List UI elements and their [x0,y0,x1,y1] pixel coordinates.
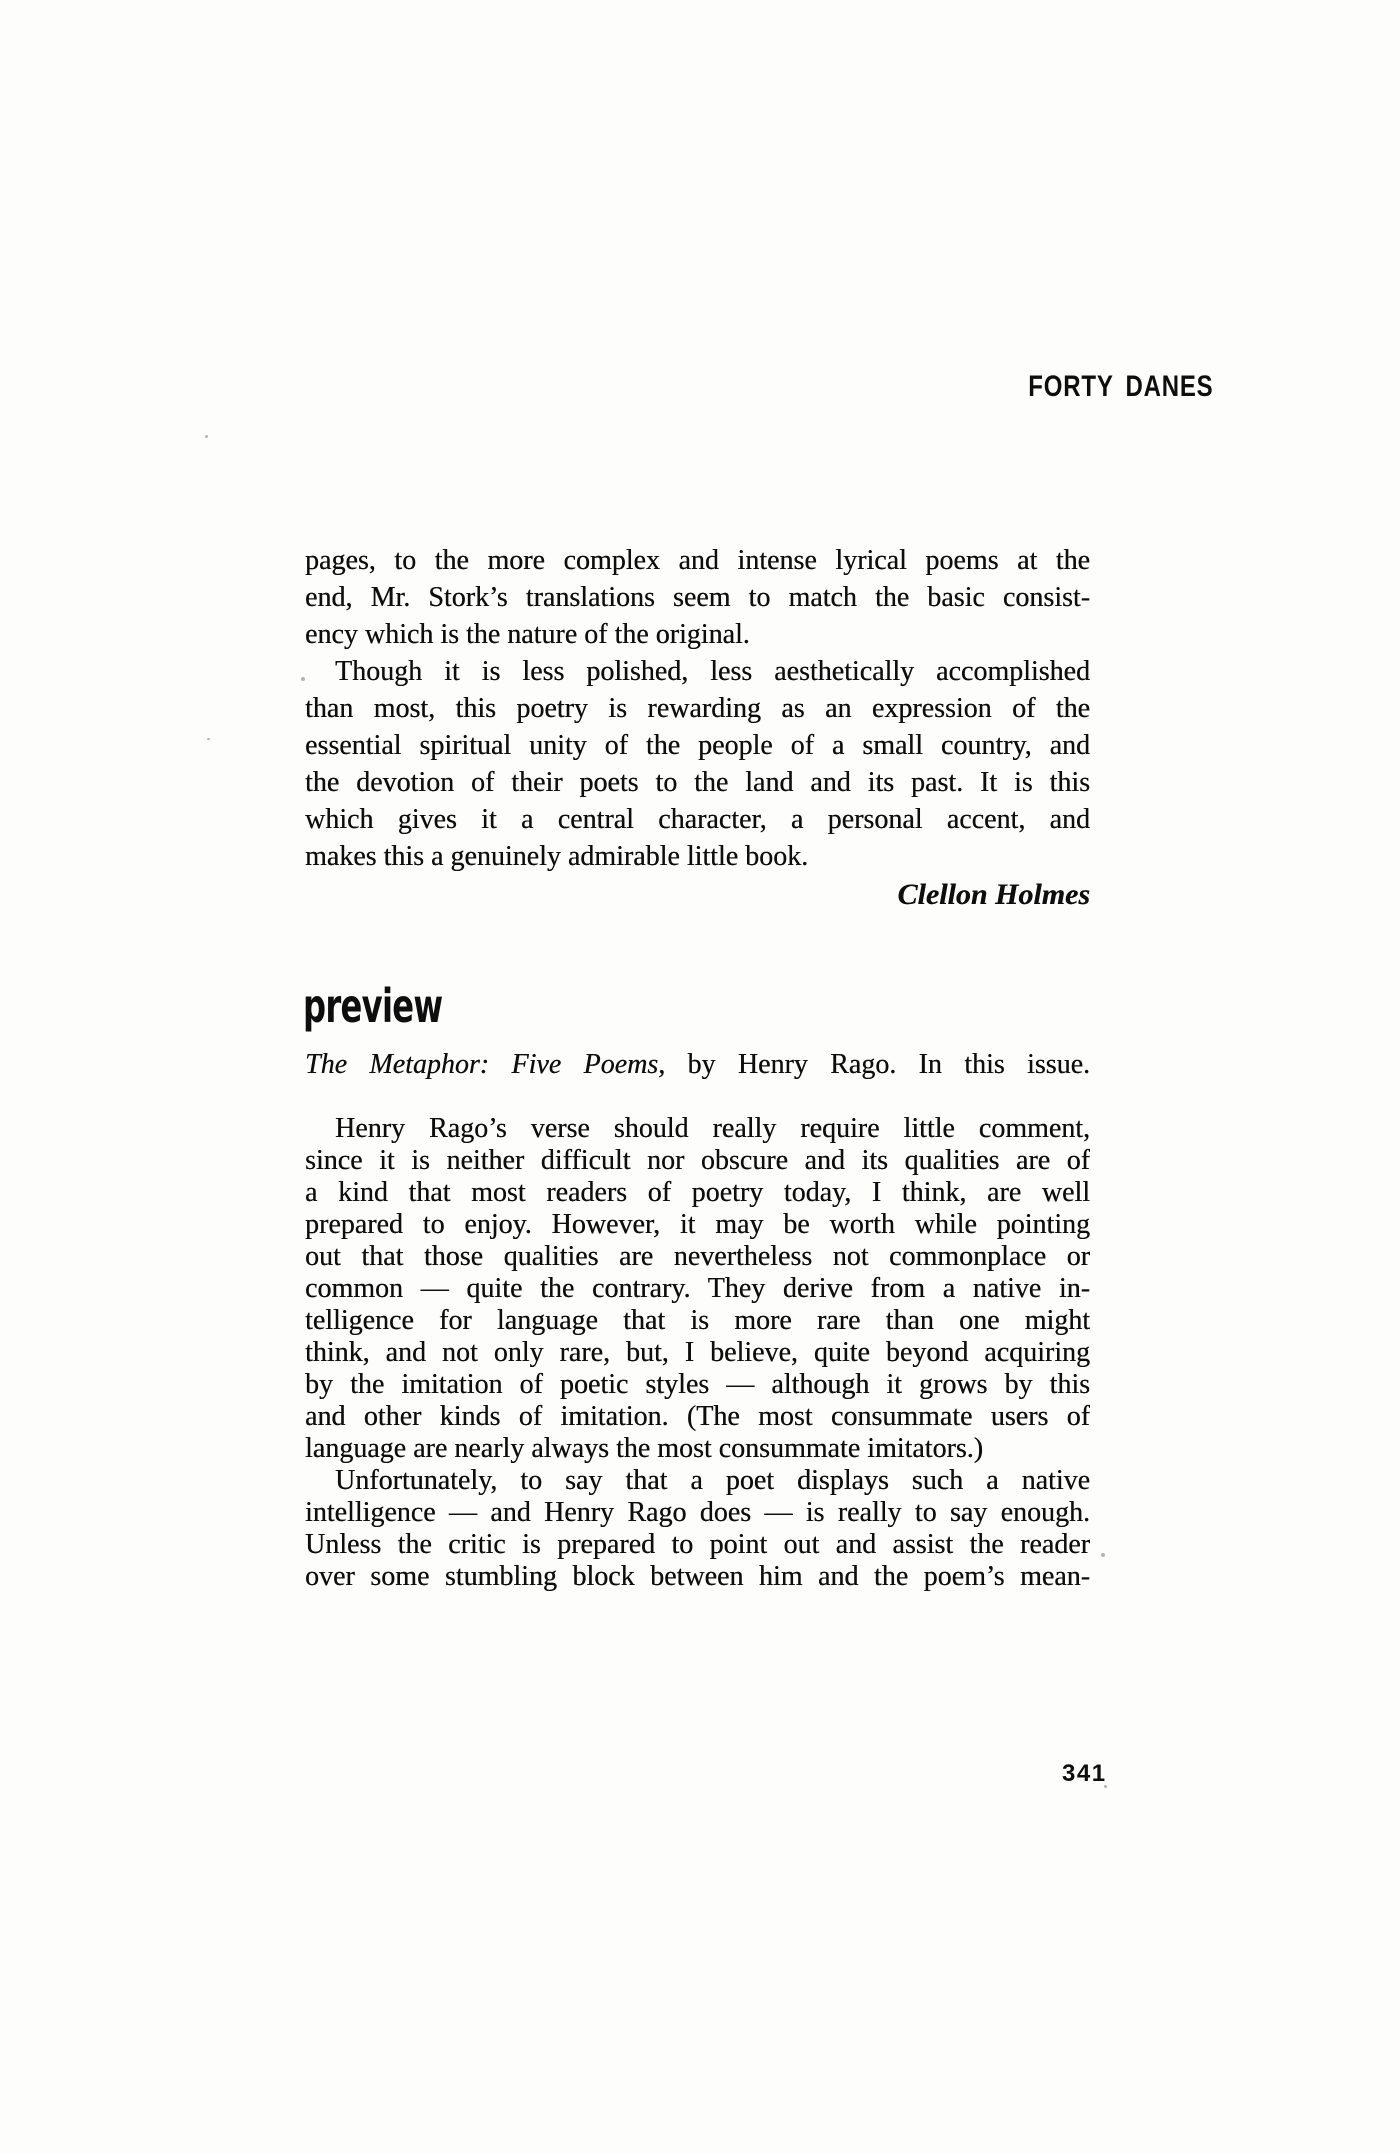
page-number: 341 [1062,1762,1107,1786]
text-line: think, and not only rare, but, I believe… [305,1337,1090,1369]
text-line: which gives it a central character, a pe… [305,801,1090,838]
text-line: prepared to enjoy. However, it may be wo… [305,1209,1090,1241]
preview-text-block: Henry Rago’s verse should really require… [305,1113,1090,1593]
text-line: Henry Rago’s verse should really require… [305,1113,1090,1145]
text-line: common — quite the contrary. They derive… [305,1273,1090,1305]
text-line: out that those qualities are nevertheles… [305,1241,1090,1273]
reviewer-byline: Clellon Holmes [305,876,1090,913]
work-title-roman: by Henry Rago. In this issue. [687,1049,1090,1080]
text-line: Unless the critic is prepared to point o… [305,1529,1090,1561]
scan-speck [301,677,305,681]
text-line: language are nearly always the most cons… [305,1433,1090,1465]
scan-speck [205,435,208,438]
scan-speck [1104,1785,1107,1788]
paragraph: pages, to the more complex and intense l… [305,542,1090,653]
text-line: essential spiritual unity of the people … [305,727,1090,764]
text-line: end, Mr. Stork’s translations seem to ma… [305,579,1090,616]
work-title-italic: The Metaphor: Five Poems, [305,1049,665,1080]
text-line: a kind that most readers of poetry today… [305,1177,1090,1209]
text-line: than most, this poetry is rewarding as a… [305,690,1090,727]
section-heading: preview [303,983,442,1029]
text-line: pages, to the more complex and intense l… [305,542,1090,579]
running-head: FORTY DANES [1028,372,1213,402]
text-line: intelligence — and Henry Rago does — is … [305,1497,1090,1529]
text-line: Though it is less polished, less aesthet… [305,653,1090,690]
text-line: Unfortunately, to say that a poet displa… [305,1465,1090,1497]
work-title-line: The Metaphor: Five Poems, by Henry Rago.… [305,1048,1090,1082]
book-page: FORTY DANES pages, to the more complex a… [0,0,1400,2154]
scan-speck [1101,1553,1105,1557]
review-text-block: pages, to the more complex and intense l… [305,542,1090,875]
text-line: ency which is the nature of the original… [305,616,1090,653]
scan-speck [207,738,210,740]
text-line: the devotion of their poets to the land … [305,764,1090,801]
text-line: telligence for language that is more rar… [305,1305,1090,1337]
text-line: over some stumbling block between him an… [305,1561,1090,1593]
text-line: since it is neither difficult nor obscur… [305,1145,1090,1177]
text-line: and other kinds of imitation. (The most … [305,1401,1090,1433]
paragraph: Henry Rago’s verse should really require… [305,1113,1090,1465]
text-line: by the imitation of poetic styles — alth… [305,1369,1090,1401]
text-line: makes this a genuinely admirable little … [305,838,1090,875]
paragraph: Though it is less polished, less aesthet… [305,653,1090,875]
paragraph: Unfortunately, to say that a poet displa… [305,1465,1090,1593]
